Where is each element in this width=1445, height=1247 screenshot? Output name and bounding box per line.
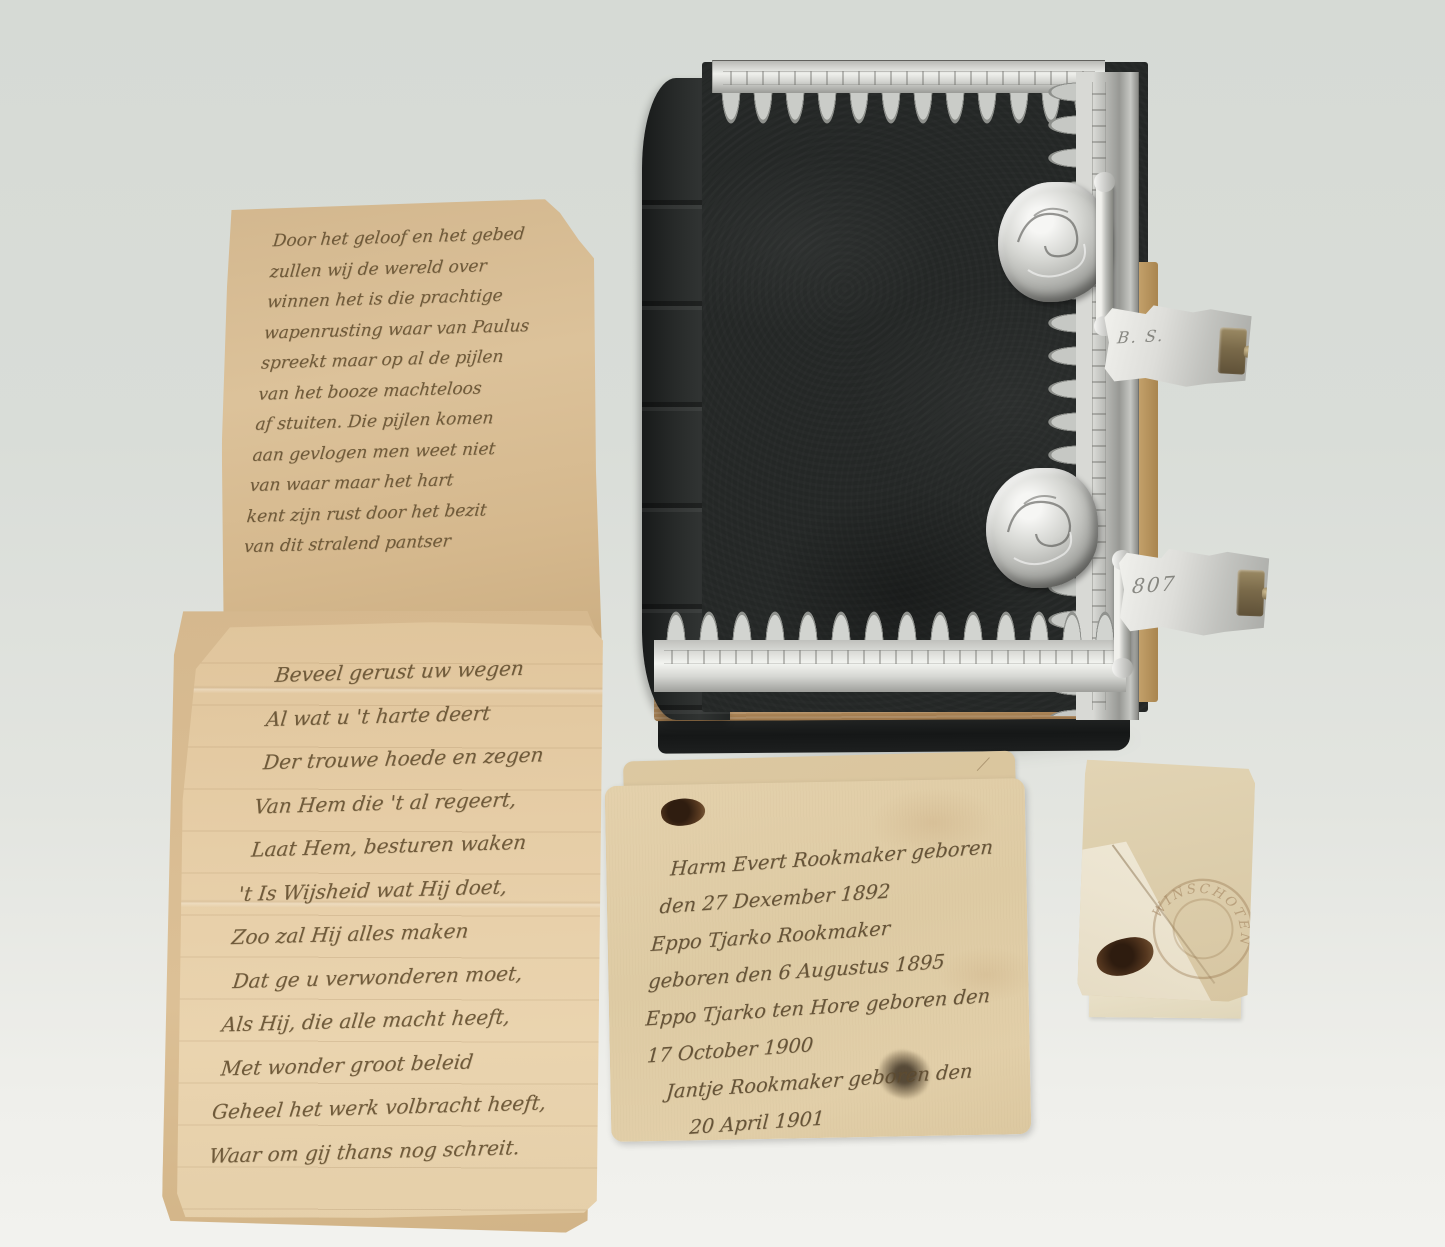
handwritten-line: 17 October 1900 (646, 1012, 1016, 1074)
silver-clasp-strap-bottom: 807 (1117, 545, 1270, 638)
handwritten-line: Eppo Tjarko Rookmaker (650, 901, 1024, 964)
handwritten-line: van het booze machteloos (257, 370, 590, 410)
handwritten-line: zullen wij de wereld over (268, 248, 601, 288)
family-record-card: Harm Evert Rookmaker geborenden 27 Dexem… (605, 778, 1032, 1142)
strap-catch-pin (1236, 570, 1265, 617)
engraved-vine-ornament (664, 650, 1116, 664)
repousse-ornament (998, 182, 1110, 302)
handwritten-line: Al wat u 't harte deert (264, 688, 617, 741)
handwritten-line: wapenrusting waar van Paulus (263, 309, 596, 349)
handwritten-line: Met wonder groot beleid (219, 1037, 578, 1091)
handwritten-line: Geheel het werk volbracht heeft, (210, 1081, 573, 1135)
handwritten-line: Van Hem die 't al regeert, (252, 775, 607, 828)
handwritten-line: Zoo zal Hij alles maken (229, 906, 592, 960)
handwritten-line: Harm Evert Rookmaker geboren (669, 826, 1029, 888)
handwritten-line: Der trouwe hoede en zegen (261, 731, 612, 784)
ornate-clasp-plate-top (998, 182, 1110, 302)
photo-scene: Door het geloof en het gebedzullen wij d… (0, 0, 1445, 1247)
handwritten-poem-letter: Beveel gerust uw wegenAl wat u 't harte … (177, 621, 603, 1218)
handwritten-line: van waar maar het hart (248, 462, 581, 502)
repousse-ornament (986, 468, 1098, 588)
antique-book: B. S. 807 (640, 52, 1280, 764)
family-card-text: Harm Evert Rookmaker geborenden 27 Dexem… (636, 826, 1029, 1149)
strap-catch-pin (1218, 327, 1247, 374)
handwritten-line: Beveel gerust uw wegen (273, 644, 622, 697)
silver-frame-bottom (654, 640, 1126, 692)
card-tear-hole (659, 795, 707, 829)
strap-engraving-number: 807 (1131, 571, 1178, 598)
handwritten-line: geboren den 6 Augustus 1895 (647, 938, 1021, 1001)
handwritten-line: Door het geloof en het gebed (271, 217, 604, 257)
letter-top-text: Door het geloof en het gebedzullen wij d… (242, 217, 604, 563)
handwritten-line: van dit stralend pantser (242, 523, 575, 563)
handwritten-letter-top: Door het geloof en het gebedzullen wij d… (220, 196, 606, 651)
handwritten-line: Als Hij, die alle macht heeft, (219, 993, 582, 1047)
handwritten-line: kent zijn rust door het bezit (245, 492, 578, 532)
handwritten-line: Eppo Tjarko ten Hore geboren den (644, 975, 1018, 1038)
handwritten-line: Laat Hem, besturen waken (249, 819, 602, 872)
ornate-clasp-plate-bottom (986, 468, 1098, 588)
handwritten-line: Jantje Rookmaker geboren den (665, 1050, 1013, 1111)
postal-cover: WINSCHOTEN (1077, 760, 1256, 1003)
handwritten-line: 't Is Wijsheid wat Hij doet, (236, 862, 597, 916)
handwritten-line: den 27 Dexember 1892 (658, 863, 1026, 925)
handwritten-line: 20 April 1901 (688, 1087, 1010, 1146)
postmark-text: WINSCHOTEN (1150, 860, 1271, 971)
svg-text:WINSCHOTEN: WINSCHOTEN (1150, 860, 1271, 971)
handwritten-line: spreekt maar op al de pijlen (260, 339, 593, 379)
envelope-stack: WINSCHOTEN (1076, 760, 1265, 1027)
letter-bottom-text: Beveel gerust uw wegenAl wat u 't harte … (205, 644, 622, 1178)
handwritten-line: Dat ge u verwonderen moet, (230, 950, 587, 1003)
handwritten-line: winnen het is die prachtige (266, 278, 599, 318)
handwritten-line: af stuiten. Die pijlen komen (254, 401, 587, 441)
handwritten-line: aan gevlogen men weet niet (251, 431, 584, 471)
handwritten-line: Waar om gij thans nog schreit. (207, 1124, 568, 1178)
silver-clasp-strap-top: B. S. (1101, 301, 1252, 391)
strap-engraving-initials: B. S. (1116, 326, 1166, 348)
clasp-hinge-top (1096, 180, 1113, 328)
